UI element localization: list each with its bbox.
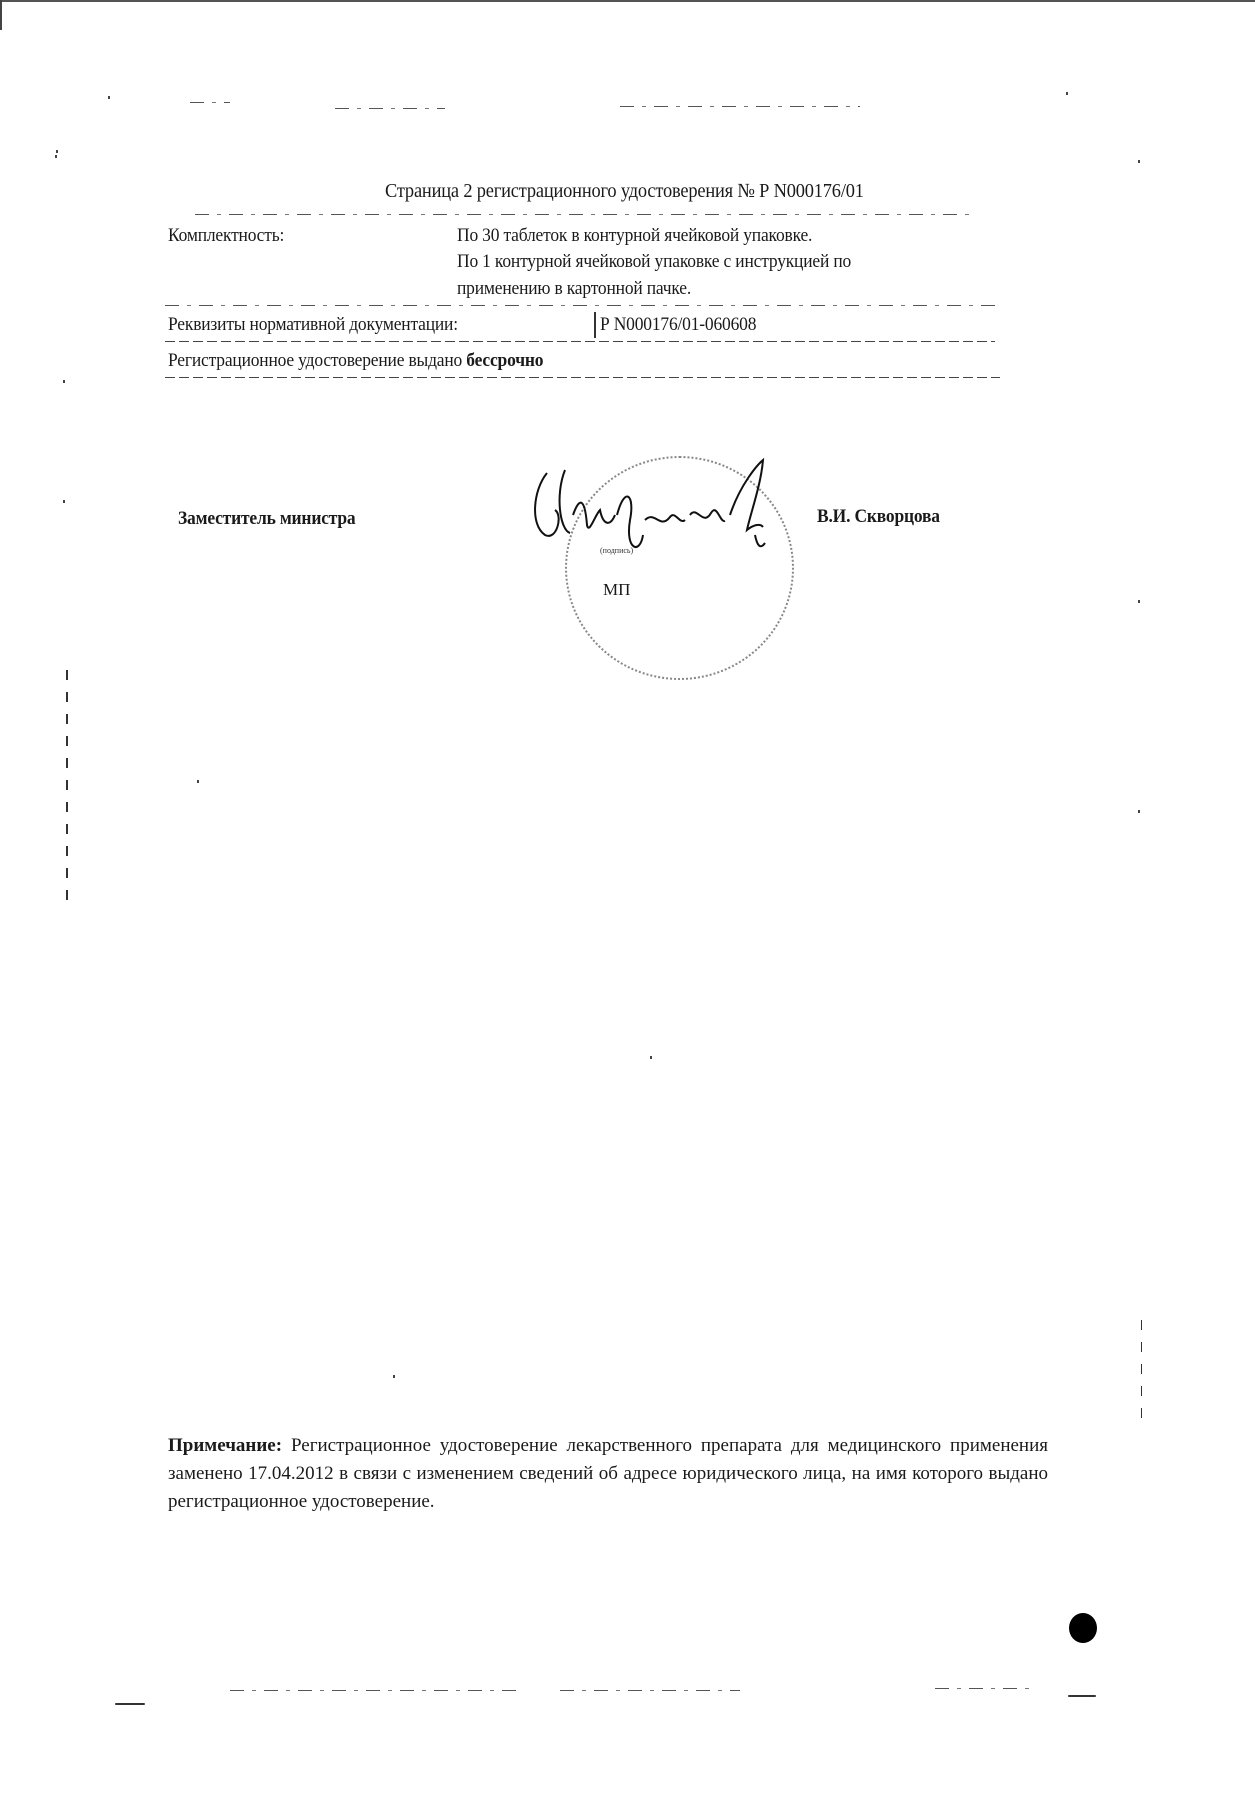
rule <box>165 377 1000 378</box>
normative-docs-value: Р N000176/01-060608 <box>600 314 756 336</box>
page-header: Страница 2 регистрационного удостоверени… <box>385 180 864 203</box>
punch-hole-mark <box>1069 1613 1097 1643</box>
scan-noise <box>63 500 65 503</box>
completeness-label: Комплектность: <box>168 225 284 247</box>
signature-caption: (подпись) <box>600 546 633 555</box>
scan-noise <box>66 670 68 900</box>
scan-noise <box>1141 1320 1142 1430</box>
scan-noise <box>230 1690 520 1691</box>
rule <box>165 305 1000 306</box>
field-separator <box>594 312 596 338</box>
scan-noise <box>108 96 110 99</box>
handwritten-signature <box>525 455 805 565</box>
scan-noise <box>335 108 445 109</box>
normative-docs-label: Реквизиты нормативной документации: <box>168 314 458 336</box>
note-label: Примечание: <box>168 1435 282 1456</box>
scan-noise <box>560 1690 740 1691</box>
scan-noise <box>393 1375 395 1378</box>
scan-edge-left <box>0 0 2 30</box>
validity-statement: Регистрационное удостоверение выдано бес… <box>168 350 543 372</box>
scan-noise <box>1138 600 1140 603</box>
validity-term: бессрочно <box>466 350 543 371</box>
scan-noise <box>63 380 65 383</box>
signer-position: Заместитель министра <box>178 508 355 530</box>
scan-noise <box>650 1056 652 1059</box>
signer-name: В.И. Скворцова <box>817 506 940 528</box>
scan-noise <box>55 155 57 158</box>
validity-text: Регистрационное удостоверение выдано <box>168 350 466 371</box>
scan-noise <box>190 102 230 103</box>
rule <box>195 214 975 215</box>
seal-label: МП <box>603 580 630 600</box>
scan-noise <box>56 150 58 153</box>
scan-noise <box>1138 160 1140 163</box>
note-paragraph: Примечание: Регистрационное удостоверени… <box>168 1432 1048 1516</box>
completeness-line-1: По 30 таблеток в контурной ячейковой упа… <box>457 225 812 247</box>
document-page: Страница 2 регистрационного удостоверени… <box>0 0 1255 1800</box>
scan-noise <box>1068 1695 1096 1697</box>
note-text: Регистрационное удостоверение лекарствен… <box>168 1435 1048 1512</box>
scan-noise <box>935 1688 1035 1689</box>
scan-noise <box>115 1703 145 1705</box>
scan-noise <box>1138 810 1140 813</box>
scan-noise <box>197 780 199 783</box>
rule <box>165 341 995 342</box>
scan-noise <box>1066 92 1068 95</box>
completeness-line-3: применению в картонной пачке. <box>457 278 691 300</box>
completeness-line-2: По 1 контурной ячейковой упаковке с инст… <box>457 251 851 273</box>
scan-noise <box>620 106 860 107</box>
scan-edge-top <box>0 0 1255 2</box>
